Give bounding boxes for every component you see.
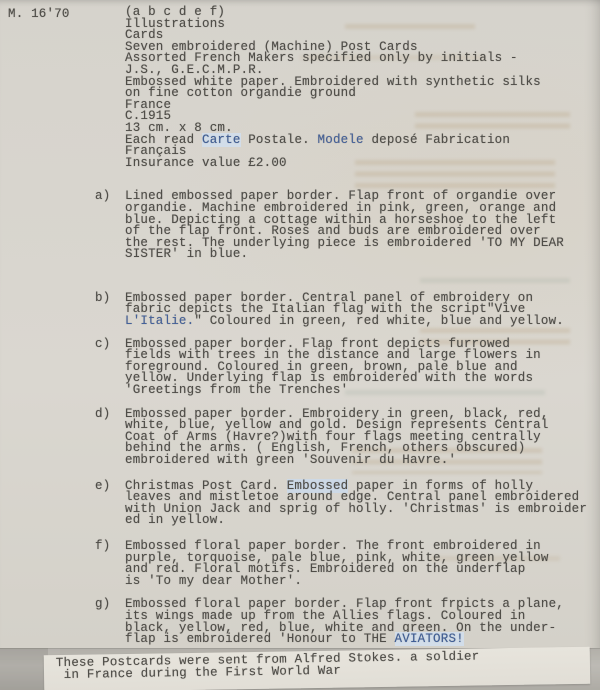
provenance-note: These Postcards were sent from Alfred St… [44, 647, 591, 690]
entry-label: d) [95, 409, 110, 421]
catalog-entry: f) Embossed floral paper border. The fro… [0, 541, 600, 587]
header-block: M. 16'70 (a b c d e f)IllustrationsCards… [0, 0, 600, 169]
entry-label: b) [95, 293, 110, 305]
entry-label: a) [95, 191, 110, 203]
entry-label: e) [95, 481, 110, 493]
entry-description: Embossed paper border. Central panel of … [125, 293, 600, 328]
entry-label: f) [95, 541, 110, 553]
catalog-entry: g) Embossed floral paper border. Flap fr… [0, 599, 600, 645]
catalog-card-scan: M. 16'70 (a b c d e f)IllustrationsCards… [0, 0, 600, 690]
entry-description: Embossed paper border. Embroidery in gre… [125, 409, 600, 467]
entry-description: Embossed floral paper border. The front … [125, 541, 600, 587]
entry-description: Embossed floral paper border. Flap front… [125, 599, 600, 645]
catalog-entry: b) Embossed paper border. Central panel … [0, 293, 600, 328]
object-description: (a b c d e f)IllustrationsCardsSeven emb… [125, 7, 600, 169]
entry-description: Lined embossed paper border. Flap front … [125, 191, 600, 261]
accession-number: M. 16'70 [8, 9, 70, 21]
entry-description: Christmas Post Card. Embossed paper in f… [125, 481, 600, 527]
footer-band: These Postcards were sent from Alfred St… [0, 648, 600, 690]
catalog-entry: d) Embossed paper border. Embroidery in … [0, 409, 600, 467]
entry-label: c) [95, 339, 110, 351]
catalog-entry: a) Lined embossed paper border. Flap fro… [0, 191, 600, 261]
entry-list: a) Lined embossed paper border. Flap fro… [0, 191, 600, 645]
catalog-entry: c) Embossed paper border. Flap front dep… [0, 339, 600, 397]
catalog-entry: e) Christmas Post Card. Embossed paper i… [0, 481, 600, 527]
entry-description: Embossed paper border. Flap front depict… [125, 339, 600, 397]
entry-label: g) [95, 599, 110, 611]
